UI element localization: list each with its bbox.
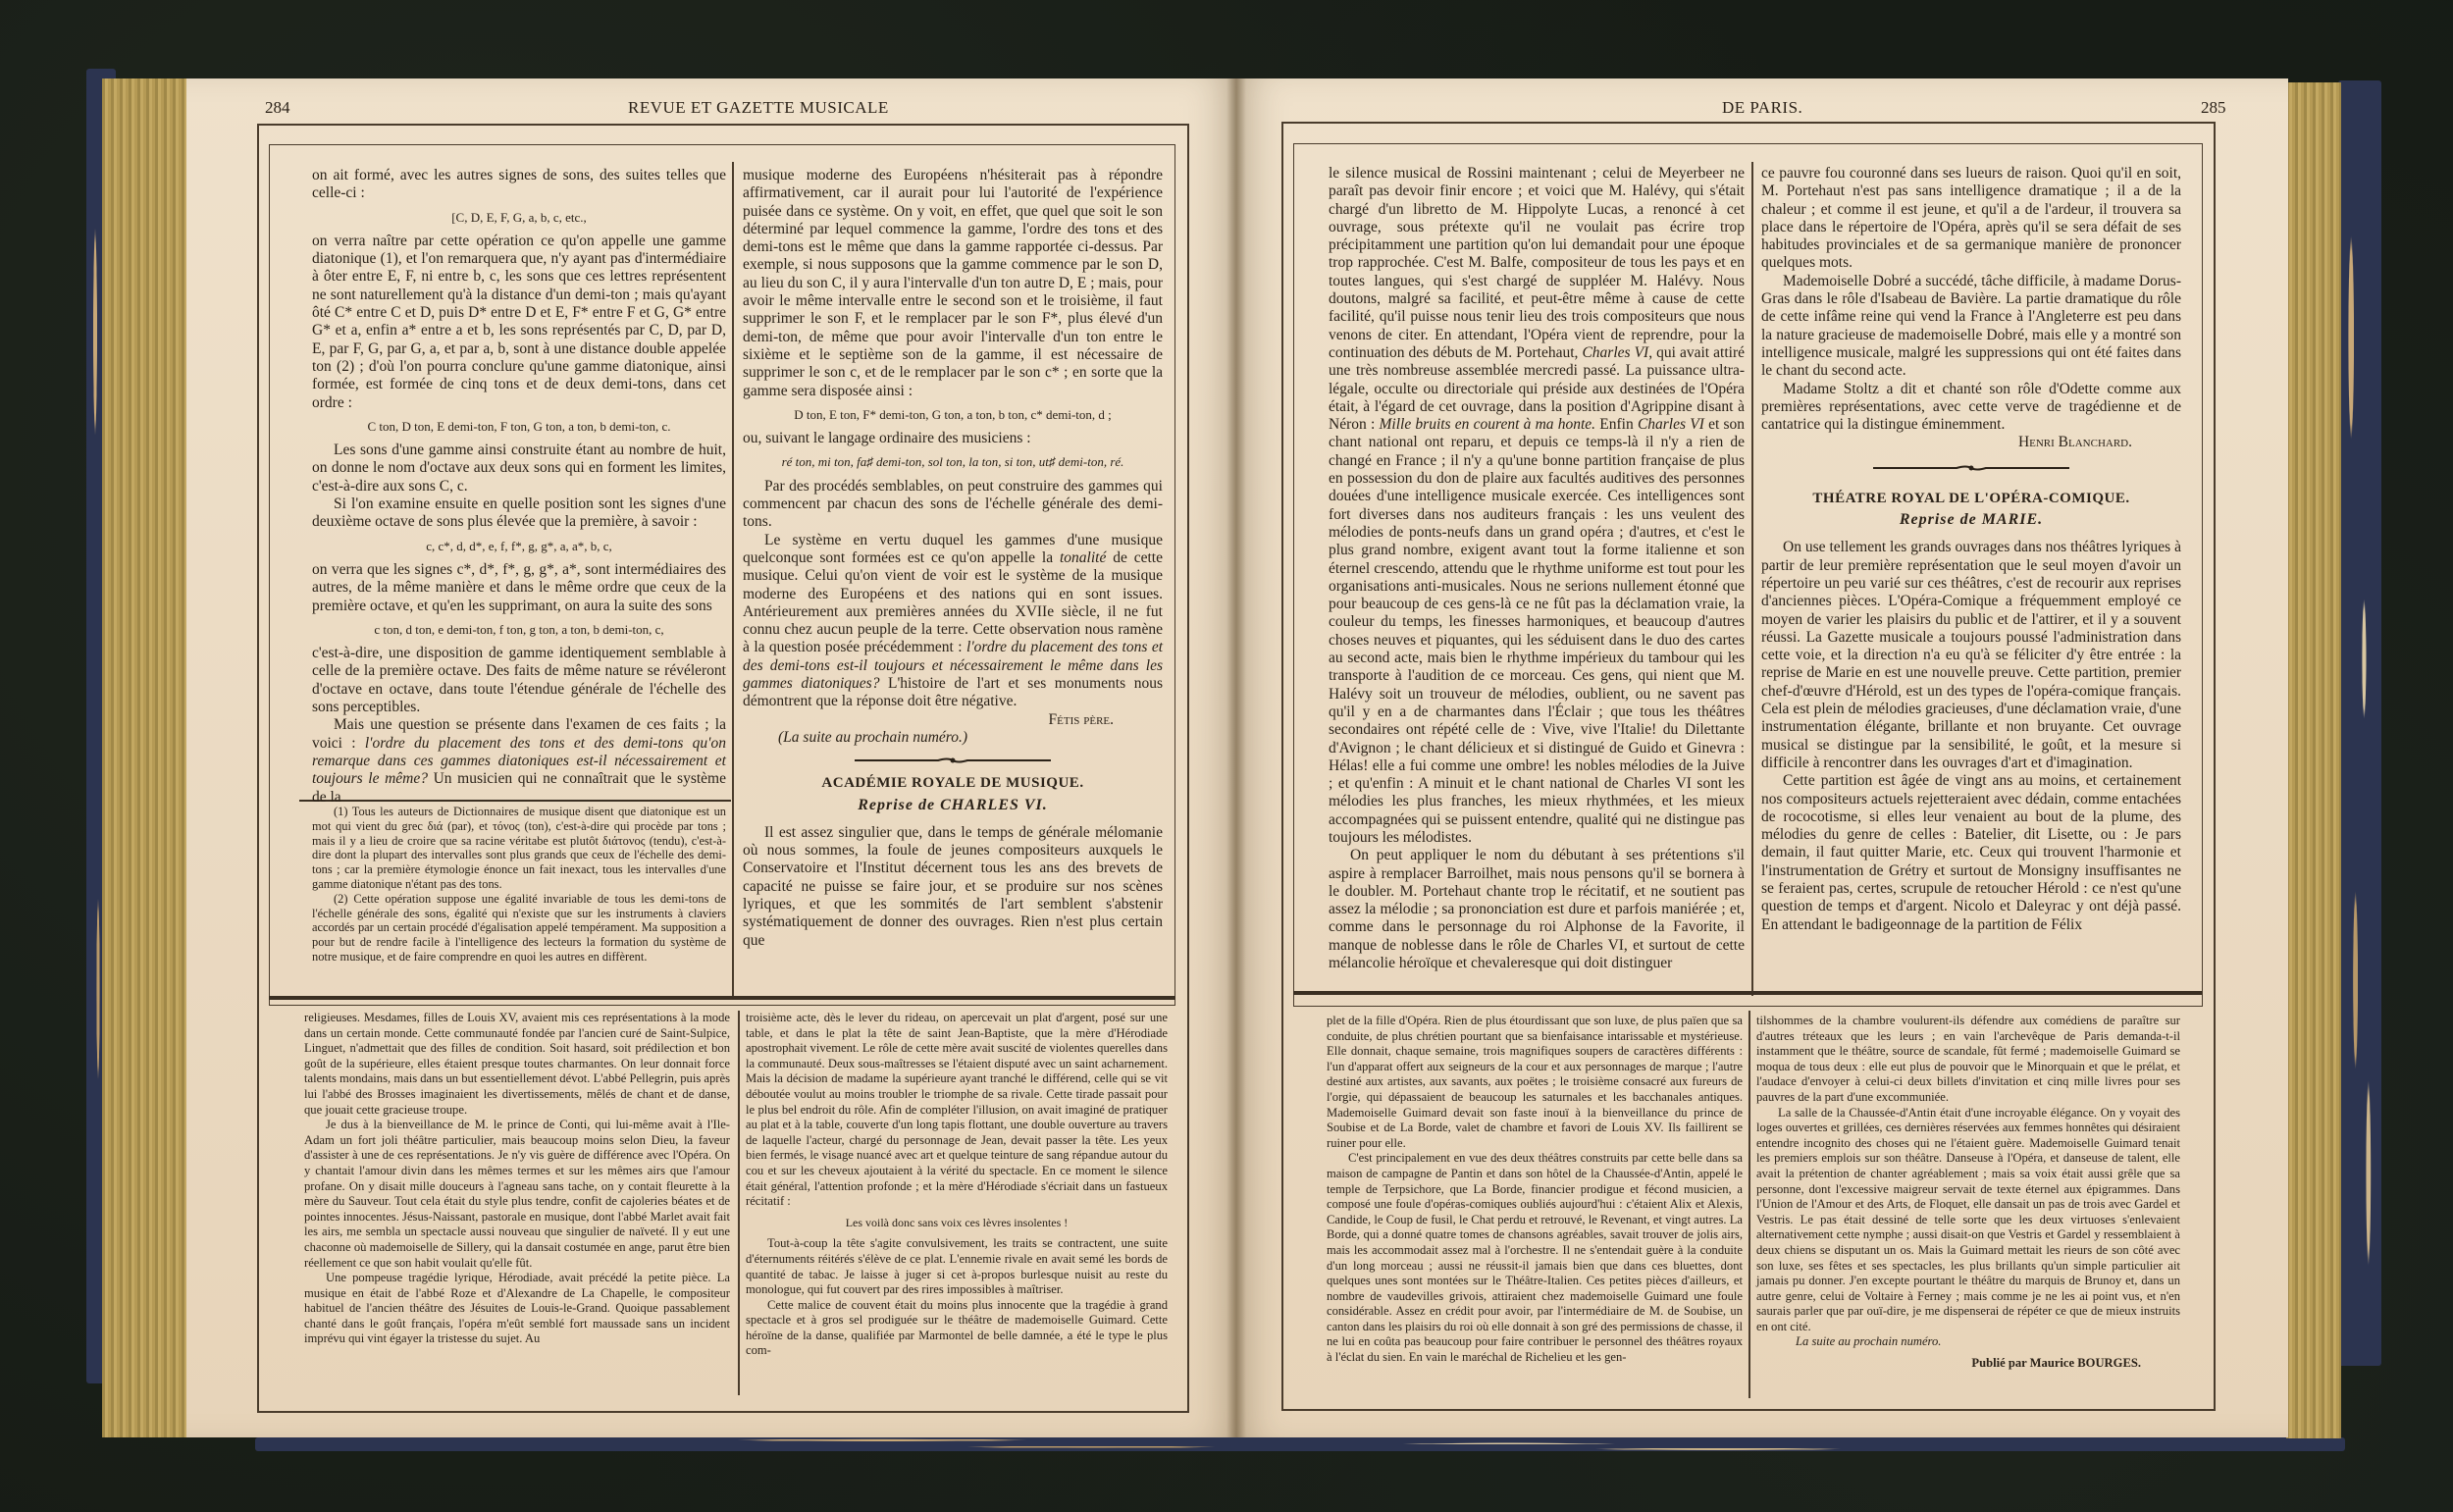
right-col1: le silence musical de Rossini maintenant…	[1329, 165, 1745, 972]
right-col2: ce pauvre fou couronné dans ses lueurs d…	[1761, 165, 2181, 934]
note-sequence: C ton, D ton, E demi-ton, F ton, G ton, …	[312, 418, 726, 436]
footnote-1: (1) Tous les auteurs de Dictionnaires de…	[312, 805, 726, 892]
section-subtitle: Reprise de MARIE.	[1761, 511, 2181, 529]
paragraph: plet de la fille d'Opéra. Rien de plus é…	[1327, 1014, 1743, 1151]
paragraph: religieuses. Mesdames, filles de Louis X…	[304, 1011, 730, 1118]
feuilleton-rule-right	[1293, 991, 2202, 995]
paragraph: Cette malice de couvent était du moins p…	[746, 1298, 1168, 1359]
footnotes: (1) Tous les auteurs de Dictionnaires de…	[312, 805, 726, 965]
ornament-divider-icon	[855, 756, 1051, 764]
left-feuilleton-col2: troisième acte, dès le lever du rideau, …	[746, 1011, 1168, 1359]
running-head-right: DE PARIS.	[1722, 98, 1802, 118]
paragraph: troisième acte, dès le lever du rideau, …	[746, 1011, 1168, 1210]
paragraph: Cette partition est âgée de vingt ans au…	[1761, 772, 2181, 934]
book-gutter	[1226, 78, 1246, 1437]
author-signature: Fétis père.	[743, 711, 1163, 729]
note-sequence: c ton, d ton, e demi-ton, f ton, g ton, …	[312, 621, 726, 639]
footnote-2: (2) Cette opération suppose une égalité …	[312, 892, 726, 965]
paragraph: ce pauvre fou couronné dans ses lueurs d…	[1761, 165, 2181, 273]
paragraph: Par des procédés semblables, on peut con…	[743, 478, 1163, 532]
paragraph: Il est assez singulier que, dans le temp…	[743, 824, 1163, 950]
left-feuilleton-divider	[738, 1011, 740, 1395]
page-number-left: 284	[265, 98, 290, 118]
continued-note: (La suite au prochain numéro.)	[743, 729, 1163, 747]
note-sequence: c, c*, d, d*, e, f, f*, g, g*, a, a*, b,…	[312, 538, 726, 555]
left-feuilleton-col1: religieuses. Mesdames, filles de Louis X…	[304, 1011, 730, 1347]
page-number-right: 285	[2201, 98, 2226, 118]
paragraph: le silence musical de Rossini maintenant…	[1329, 165, 1745, 847]
marbled-cover-bottom	[255, 1437, 2345, 1451]
paragraph: on verra que les signes c*, d*, f*, g, g…	[312, 561, 726, 615]
verse-quote: Les voilà donc sans voix ces lèvres inso…	[746, 1216, 1168, 1231]
paragraph: La salle de la Chaussée-d'Antin était d'…	[1756, 1106, 2180, 1335]
paragraph: Mademoiselle Dobré a succédé, tâche diff…	[1761, 273, 2181, 381]
paragraph: On use tellement les grands ouvrages dan…	[1761, 539, 2181, 772]
note-sequence: [C, D, E, F, G, a, b, c, etc.,	[312, 209, 726, 227]
right-feuilleton-divider	[1748, 1011, 1750, 1398]
ornament-divider-icon	[1873, 464, 2069, 472]
feuilleton-rule-left	[269, 996, 1175, 1000]
page-edges-left	[102, 78, 186, 1437]
paragraph: C'est principalement en vue des deux thé…	[1327, 1151, 1743, 1365]
paragraph: Le système en vertu duquel les gammes d'…	[743, 532, 1163, 711]
note-sequence: ré ton, mi ton, fa♯ demi-ton, sol ton, l…	[743, 453, 1163, 471]
continued-note: La suite au prochain numéro.	[1756, 1334, 2180, 1350]
paragraph: Une pompeuse tragédie lyrique, Hérodiade…	[304, 1271, 730, 1347]
left-col2: musique moderne des Européens n'hésitera…	[743, 167, 1163, 950]
left-column-divider	[732, 162, 734, 996]
paragraph: on ait formé, avec les autres signes de …	[312, 167, 726, 203]
page-edges-right	[2286, 82, 2341, 1438]
section-title: THÉATRE ROYAL DE L'OPÉRA-COMIQUE.	[1761, 490, 2181, 507]
marbled-cover-right	[2338, 80, 2381, 1366]
paragraph: Madame Stoltz a dit et chanté son rôle d…	[1761, 381, 2181, 435]
section-title: ACADÉMIE ROYALE DE MUSIQUE.	[743, 774, 1163, 792]
paragraph: Les sons d'une gamme ainsi construite ét…	[312, 442, 726, 495]
paragraph: musique moderne des Européens n'hésitera…	[743, 167, 1163, 400]
paragraph: Tout-à-coup la tête s'agite convulsiveme…	[746, 1236, 1168, 1297]
right-feuilleton-col2: tilshommes de la chambre voulurent-ils d…	[1756, 1014, 2180, 1372]
paragraph: On peut appliquer le nom du débutant à s…	[1329, 847, 1745, 972]
right-feuilleton-col1: plet de la fille d'Opéra. Rien de plus é…	[1327, 1014, 1743, 1366]
paragraph: Je dus à la bienveillance de M. le princ…	[304, 1118, 730, 1271]
section-subtitle: Reprise de CHARLES VI.	[743, 797, 1163, 814]
note-sequence: D ton, E ton, F* demi-ton, G ton, a ton,…	[743, 406, 1163, 424]
paragraph: tilshommes de la chambre voulurent-ils d…	[1756, 1014, 2180, 1106]
left-col1: on ait formé, avec les autres signes de …	[312, 167, 726, 807]
author-signature: Henri Blanchard.	[1761, 434, 2181, 451]
paragraph: Mais une question se présente dans l'exa…	[312, 716, 726, 806]
paragraph: ou, suivant le langage ordinaire des mus…	[743, 430, 1163, 447]
paragraph: c'est-à-dire, une disposition de gamme i…	[312, 645, 726, 716]
paragraph: on verra naître par cette opération ce q…	[312, 233, 726, 412]
publisher-line: Publié par Maurice BOURGES.	[1756, 1356, 2180, 1372]
paragraph: Si l'on examine ensuite en quelle positi…	[312, 495, 726, 532]
right-column-divider	[1751, 162, 1753, 996]
running-head-left: REVUE ET GAZETTE MUSICALE	[628, 98, 889, 118]
